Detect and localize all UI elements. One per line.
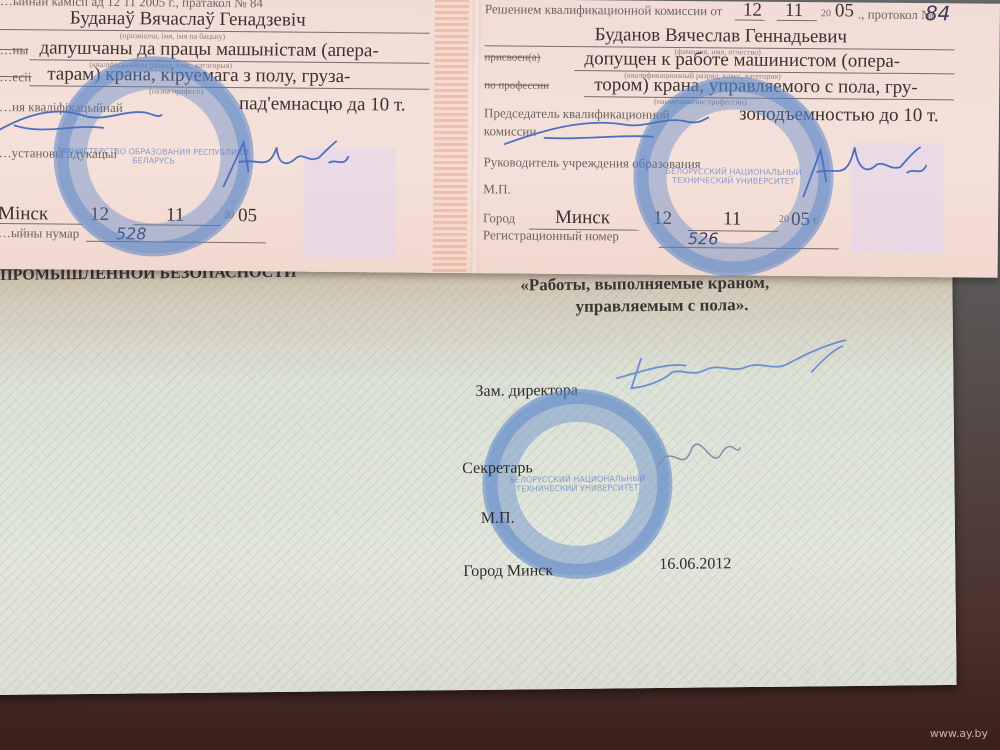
secretary-label: Секретарь	[462, 459, 533, 478]
seal-label: М.П.	[481, 510, 515, 528]
chairman-signature-right-icon	[504, 109, 714, 151]
secretary-signature-icon	[652, 427, 743, 488]
date-month-top: 11	[785, 0, 803, 22]
admitted-line1-ru: допущен к работе машинистом (опера-	[584, 48, 900, 73]
city-line: Город Минск	[463, 562, 553, 581]
assigned-label: присвоен(а)	[484, 51, 540, 63]
pink-qualification-card: …ыйнай камісіі ад 12 11 2005 г., пратако…	[0, 0, 1000, 278]
protocol-number: 84	[925, 1, 951, 25]
label-admitted: …ны	[0, 42, 28, 58]
green-certificate: ПРОМЫШЛЕННОЙ БЕЗОПАСНОСТИ по 16.06.2012 …	[0, 245, 957, 695]
reg-label-ru: Регистрационный номер	[483, 227, 619, 244]
round-stamp-bottom: БЕЛОРУССКИЙ НАЦИОНАЛЬНЫЙ ТЕХНИЧЕСКИЙ УНИ…	[481, 388, 673, 580]
stamp-text: БЕЛОРУССКИЙ НАЦИОНАЛЬНЫЙ ТЕХНИЧЕСКИЙ УНИ…	[484, 391, 670, 577]
date-day-top: 12	[743, 0, 762, 22]
course-title-line2: управляемым с пола».	[575, 295, 748, 317]
year-suffix-top: 05	[835, 0, 854, 22]
chairman-signature-left-icon	[0, 95, 164, 141]
year-prefix-top: 20	[821, 8, 831, 19]
city-ru: Минск	[555, 207, 610, 229]
city-by: Мінск	[0, 203, 48, 225]
full-name-ru: Буданов Вячеслав Геннадьевич	[595, 24, 848, 48]
card-fold	[471, 0, 481, 273]
city-label: Город	[483, 210, 515, 226]
profession-label: по профессии	[484, 79, 549, 92]
watermark: www.ay.by	[930, 727, 988, 740]
full-name-by: Буданаў Вячаслаў Генадзевіч	[70, 8, 306, 32]
issue-date: 16.06.2012	[659, 555, 731, 574]
head-signature-right-icon	[798, 142, 929, 203]
protocol-label: ., протокол №	[858, 7, 934, 24]
seal-label-ru: М.П.	[483, 181, 511, 197]
commission-label: Решением квалификационной комиссии от	[485, 1, 723, 19]
deputy-signature-icon	[611, 336, 852, 399]
admitted-line3: пад'емнасцю да 10 т.	[239, 93, 406, 116]
label-profession: …есіі	[0, 69, 31, 85]
head-signature-left-icon	[218, 137, 358, 193]
